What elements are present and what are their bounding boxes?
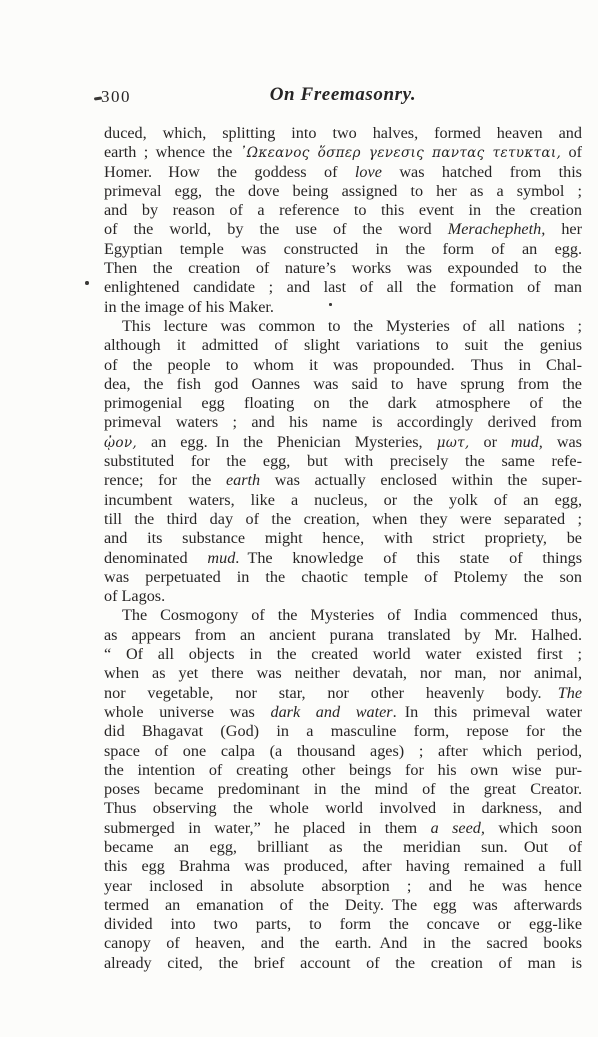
text-segment: Then the creation of nature’s works was … — [104, 259, 582, 277]
text-line: denominated mud. The knowledge of this s… — [104, 549, 582, 568]
text-segment: till the third day of the creation, when… — [104, 510, 582, 528]
text-segment: of Lagos. — [104, 587, 165, 605]
text-segment: nor vegetable, nor star, nor other heave… — [104, 684, 558, 702]
text-line: till the third day of the creation, when… — [104, 510, 582, 529]
text-line: the intention of creating other beings f… — [104, 761, 582, 780]
text-line: and by reason of a reference to this eve… — [104, 201, 582, 220]
text-segment: . In this primeval water — [393, 703, 582, 721]
text-line: primeval waters ; and his name is accord… — [104, 413, 582, 432]
text-segment: rence; for the — [104, 471, 226, 489]
greek-text: ᾿Ωκεανος ὅσπερ γενεσις παντας τετυκται, — [240, 145, 561, 161]
paragraph: This lecture was common to the Mysteries… — [104, 317, 582, 606]
text-segment: submerged in water,” he placed in them — [104, 819, 431, 837]
italic-text: a seed, — [431, 819, 485, 837]
text-segment: primeval egg, the dove being assigned to… — [104, 182, 582, 200]
text-segment: and its substance might hence, with stri… — [104, 529, 582, 547]
text-segment: as appears from an ancient purana transl… — [104, 626, 582, 644]
scanned-book-page: 300 On Freemasonry. duced, which, splitt… — [0, 0, 598, 1037]
text-line: in the image of his Maker. — [104, 298, 582, 317]
text-segment: incumbent waters, like a nucleus, or the… — [104, 491, 582, 509]
text-line: substituted for the egg, but with precis… — [104, 452, 582, 471]
italic-text: earth — [226, 471, 260, 489]
text-segment: her — [545, 220, 582, 238]
text-line: when as yet there was neither devatah, n… — [104, 664, 582, 683]
text-line: submerged in water,” he placed in them a… — [104, 819, 582, 838]
greek-text: μωτ, — [437, 435, 470, 451]
text-segment: Thus observing the whole world involved … — [104, 799, 582, 817]
text-segment: was perpetuated in the chaotic temple of… — [104, 568, 582, 586]
text-segment: did Bhagavat (God) in a masculine form, … — [104, 722, 582, 740]
text-line: canopy of heaven, and the earth. And in … — [104, 934, 582, 953]
text-line: Thus observing the whole world involved … — [104, 799, 582, 818]
italic-text: love — [355, 163, 382, 181]
text-line: was perpetuated in the chaotic temple of… — [104, 568, 582, 587]
text-segment: of the people to whom it was propounded.… — [104, 356, 582, 374]
text-line: primeval egg, the dove being assigned to… — [104, 182, 582, 201]
text-segment: which soon — [485, 819, 582, 837]
text-segment: when as yet there was neither devatah, n… — [104, 664, 582, 682]
text-segment: space of one calpa (a thousand ages) ; a… — [104, 742, 582, 760]
text-segment: this egg Brahma was produced, after havi… — [104, 857, 582, 875]
text-line: duced, which, splitting into two halves,… — [104, 124, 582, 143]
text-segment: already cited, the brief account of the … — [104, 954, 582, 972]
text-line: although it admitted of slight variation… — [104, 336, 582, 355]
text-segment: This lecture was common to the Mysteries… — [122, 317, 582, 335]
scan-artifact — [329, 303, 332, 306]
text-segment: became an egg, brilliant as the meridian… — [104, 838, 582, 856]
text-segment: canopy of heaven, and the earth. And in … — [104, 934, 582, 952]
text-segment: termed an emanation of the Deity. The eg… — [104, 896, 582, 914]
text-segment: of the world, by the use of the word — [104, 220, 448, 238]
italic-text: mud — [207, 549, 235, 567]
text-segment: was actually enclosed within the super- — [260, 471, 582, 489]
text-line: enlightened candidate ; and last of all … — [104, 278, 582, 297]
text-segment: dea, the fish god Oannes was said to hav… — [104, 375, 582, 393]
text-line: ᾠον, an egg. In the Phenician Mysteries,… — [104, 433, 582, 452]
text-segment: The Cosmogony of the Mysteries of India … — [122, 606, 582, 624]
text-line: primogenial egg floating on the dark atm… — [104, 394, 582, 413]
text-segment: whole universe was — [104, 703, 270, 721]
text-line: of Lagos. — [104, 587, 582, 606]
text-segment: in the image of his Maker. — [104, 298, 274, 316]
text-segment: . The knowledge of this state of things — [235, 549, 582, 567]
italic-text: dark and water — [270, 703, 392, 721]
text-segment: primeval waters ; and his name is accord… — [104, 413, 582, 431]
text-segment: Homer. How the goddess of — [104, 163, 355, 181]
greek-text: ᾠον, — [104, 435, 137, 451]
text-segment: the intention of creating other beings f… — [104, 761, 582, 779]
text-segment: was hatched from this — [382, 163, 582, 181]
italic-text: mud, — [511, 433, 543, 451]
text-line: earth ; whence the ᾿Ωκεανος ὅσπερ γενεσι… — [104, 143, 582, 162]
running-header: On Freemasonry. — [104, 84, 582, 106]
text-segment: denominated — [104, 549, 207, 567]
text-line: nor vegetable, nor star, nor other heave… — [104, 684, 582, 703]
text-line: The Cosmogony of the Mysteries of India … — [104, 606, 582, 625]
text-line: this egg Brahma was produced, after havi… — [104, 857, 582, 876]
paragraph: The Cosmogony of the Mysteries of India … — [104, 606, 582, 973]
text-segment: poses became predominant in the mind of … — [104, 780, 582, 798]
text-line: already cited, the brief account of the … — [104, 954, 582, 973]
text-line: became an egg, brilliant as the meridian… — [104, 838, 582, 857]
text-line: and its substance might hence, with stri… — [104, 529, 582, 548]
text-segment: substituted for the egg, but with precis… — [104, 452, 582, 470]
text-segment: of — [561, 143, 582, 161]
text-line: Egyptian temple was constructed in the f… — [104, 240, 582, 259]
scan-artifact — [85, 281, 89, 285]
text-line: year inclosed in absolute absorption ; a… — [104, 877, 582, 896]
text-segment: earth ; whence the — [104, 143, 240, 161]
text-line: incumbent waters, like a nucleus, or the… — [104, 491, 582, 510]
italic-text: The — [558, 684, 582, 702]
text-line: as appears from an ancient purana transl… — [104, 626, 582, 645]
text-segment: although it admitted of slight variation… — [104, 336, 582, 354]
text-line: of the people to whom it was propounded.… — [104, 356, 582, 375]
text-line: termed an emanation of the Deity. The eg… — [104, 896, 582, 915]
text-line: did Bhagavat (God) in a masculine form, … — [104, 722, 582, 741]
text-line: poses became predominant in the mind of … — [104, 780, 582, 799]
paragraph: duced, which, splitting into two halves,… — [104, 124, 582, 317]
text-line: dea, the fish god Oannes was said to hav… — [104, 375, 582, 394]
text-segment: divided into two parts, to form the conc… — [104, 915, 582, 933]
text-line: This lecture was common to the Mysteries… — [104, 317, 582, 336]
italic-text: Merachepheth, — [448, 220, 546, 238]
body-text: duced, which, splitting into two halves,… — [104, 124, 582, 973]
text-line: “ Of all objects in the created world wa… — [104, 645, 582, 664]
text-line: Then the creation of nature’s works was … — [104, 259, 582, 278]
text-segment: Egyptian temple was constructed in the f… — [104, 240, 582, 258]
text-line: space of one calpa (a thousand ages) ; a… — [104, 742, 582, 761]
text-line: whole universe was dark and water. In th… — [104, 703, 582, 722]
text-segment: an egg. In the Phenician Mysteries, — [137, 433, 437, 451]
text-segment: duced, which, splitting into two halves,… — [104, 124, 582, 142]
text-segment: enlightened candidate ; and last of all … — [104, 278, 582, 296]
text-segment: year inclosed in absolute absorption ; a… — [104, 877, 582, 895]
text-segment: and by reason of a reference to this eve… — [104, 201, 582, 219]
text-segment: was — [543, 433, 582, 451]
text-segment: or — [470, 433, 511, 451]
text-segment: “ Of all objects in the created world wa… — [104, 645, 582, 663]
text-segment: primogenial egg floating on the dark atm… — [104, 394, 582, 412]
text-line: of the world, by the use of the word Mer… — [104, 220, 582, 239]
text-line: rence; for the earth was actually enclos… — [104, 471, 582, 490]
text-line: Homer. How the goddess of love was hatch… — [104, 163, 582, 182]
text-line: divided into two parts, to form the conc… — [104, 915, 582, 934]
